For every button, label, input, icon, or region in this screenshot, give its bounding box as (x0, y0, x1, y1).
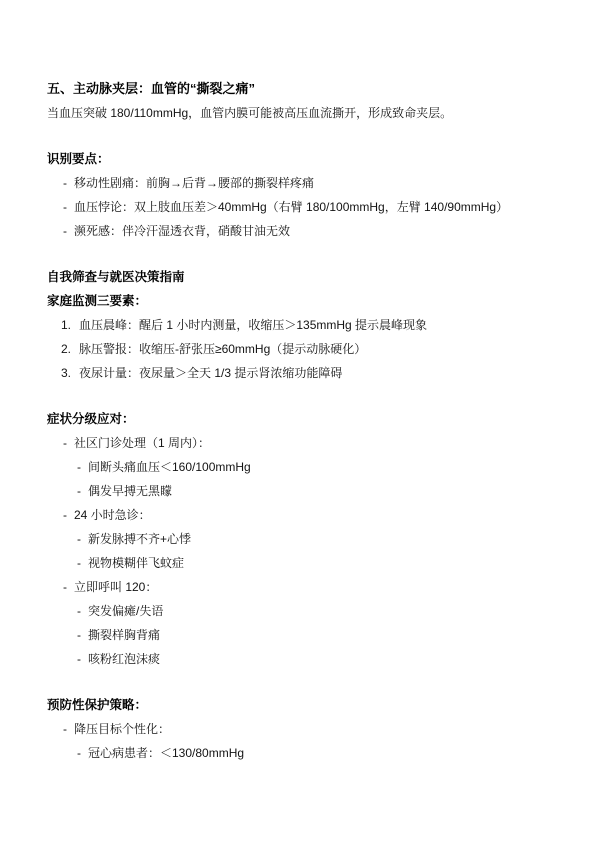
triage-sub-item: - 撕裂样胸背痛 (47, 623, 553, 647)
triage-group-label: - 24 小时急诊： (47, 503, 553, 527)
triage-group-label: - 社区门诊处理（1 周内）： (47, 431, 553, 455)
bullet-dash: - (63, 717, 67, 741)
group-label-text: 立即呼叫 120： (74, 575, 157, 599)
sub-item-text: 间断头痛血压＜160/100mmHg (88, 455, 251, 479)
sub-item-text: 冠心病患者：＜130/80mmHg (88, 741, 244, 765)
prevention-sub-item: - 冠心病患者：＜130/80mmHg (47, 741, 553, 765)
monitoring-heading: 家庭监测三要素： (47, 289, 553, 313)
list-item-text: 移动性剧痛：前胸→后背→腰部的撕裂样疼痛 (74, 171, 314, 195)
bullet-dash: - (77, 551, 81, 575)
item-number: 2. (61, 337, 79, 361)
bullet-dash: - (63, 195, 67, 219)
bullet-dash: - (63, 575, 67, 599)
numbered-item-text: 血压晨峰：醒后 1 小时内测量，收缩压＞135mmHg 提示晨峰现象 (79, 313, 427, 337)
sub-item-text: 偶发早搏无黑矇 (88, 479, 172, 503)
bullet-dash: - (63, 171, 67, 195)
list-item: - 血压悖论：双上肢血压差＞40mmHg（右臂 180/100mmHg，左臂 1… (47, 195, 553, 219)
item-number: 3. (61, 361, 79, 385)
bullet-dash: - (77, 647, 81, 671)
bullet-dash: - (77, 527, 81, 551)
bullet-dash: - (63, 503, 67, 527)
triage-heading: 症状分级应对： (47, 407, 553, 431)
triage-sub-item: - 偶发早搏无黑矇 (47, 479, 553, 503)
bullet-dash: - (77, 623, 81, 647)
prevention-heading: 预防性保护策略： (47, 693, 553, 717)
list-item: - 濒死感：伴冷汗湿透衣背，硝酸甘油无效 (47, 219, 553, 243)
numbered-item: 2. 脉压警报：收缩压-舒张压≥60mmHg（提示动脉硬化） (47, 337, 553, 361)
numbered-item-text: 脉压警报：收缩压-舒张压≥60mmHg（提示动脉硬化） (79, 337, 366, 361)
group-label-text: 社区门诊处理（1 周内）： (74, 431, 210, 455)
triage-sub-item: - 新发脉搏不齐+心悸 (47, 527, 553, 551)
prevention-group-label: - 降压目标个性化： (47, 717, 553, 741)
list-item-text: 濒死感：伴冷汗湿透衣背，硝酸甘油无效 (74, 219, 290, 243)
numbered-item: 1. 血压晨峰：醒后 1 小时内测量，收缩压＞135mmHg 提示晨峰现象 (47, 313, 553, 337)
prevention-list: - 降压目标个性化： - 冠心病患者：＜130/80mmHg (47, 717, 553, 765)
bullet-dash: - (63, 219, 67, 243)
document-page: 五、主动脉夹层：血管的“撕裂之痛” 当血压突破 180/110mmHg，血管内膜… (0, 0, 595, 841)
sub-item-text: 撕裂样胸背痛 (88, 623, 160, 647)
sub-item-text: 突发偏瘫/失语 (88, 599, 163, 623)
guide-heading: 自我筛查与就医决策指南 (47, 265, 553, 289)
bullet-dash: - (77, 455, 81, 479)
triage-group-label: - 立即呼叫 120： (47, 575, 553, 599)
group-label-text: 24 小时急诊： (74, 503, 151, 527)
bullet-dash: - (77, 479, 81, 503)
triage-sub-item: - 突发偏瘫/失语 (47, 599, 553, 623)
numbered-item: 3. 夜尿计量：夜尿量＞全天 1/3 提示肾浓缩功能障碍 (47, 361, 553, 385)
monitoring-list: 1. 血压晨峰：醒后 1 小时内测量，收缩压＞135mmHg 提示晨峰现象 2.… (47, 313, 553, 385)
bullet-dash: - (77, 599, 81, 623)
triage-sub-item: - 咳粉红泡沫痰 (47, 647, 553, 671)
group-label-text: 降压目标个性化： (74, 717, 170, 741)
recognition-heading: 识别要点： (47, 147, 553, 171)
bullet-dash: - (63, 431, 67, 455)
list-item-text: 血压悖论：双上肢血压差＞40mmHg（右臂 180/100mmHg，左臂 140… (74, 195, 508, 219)
sub-item-text: 咳粉红泡沫痰 (88, 647, 160, 671)
intro-paragraph: 当血压突破 180/110mmHg，血管内膜可能被高压血流撕开，形成致命夹层。 (47, 101, 553, 125)
numbered-item-text: 夜尿计量：夜尿量＞全天 1/3 提示肾浓缩功能障碍 (79, 361, 342, 385)
sub-item-text: 视物模糊伴飞蚊症 (88, 551, 184, 575)
item-number: 1. (61, 313, 79, 337)
triage-sub-item: - 间断头痛血压＜160/100mmHg (47, 455, 553, 479)
sub-item-text: 新发脉搏不齐+心悸 (88, 527, 191, 551)
recognition-list: - 移动性剧痛：前胸→后背→腰部的撕裂样疼痛 - 血压悖论：双上肢血压差＞40m… (47, 171, 553, 243)
triage-list: - 社区门诊处理（1 周内）： - 间断头痛血压＜160/100mmHg - 偶… (47, 431, 553, 671)
triage-sub-item: - 视物模糊伴飞蚊症 (47, 551, 553, 575)
list-item: - 移动性剧痛：前胸→后背→腰部的撕裂样疼痛 (47, 171, 553, 195)
section-title: 五、主动脉夹层：血管的“撕裂之痛” (47, 77, 553, 101)
bullet-dash: - (77, 741, 81, 765)
